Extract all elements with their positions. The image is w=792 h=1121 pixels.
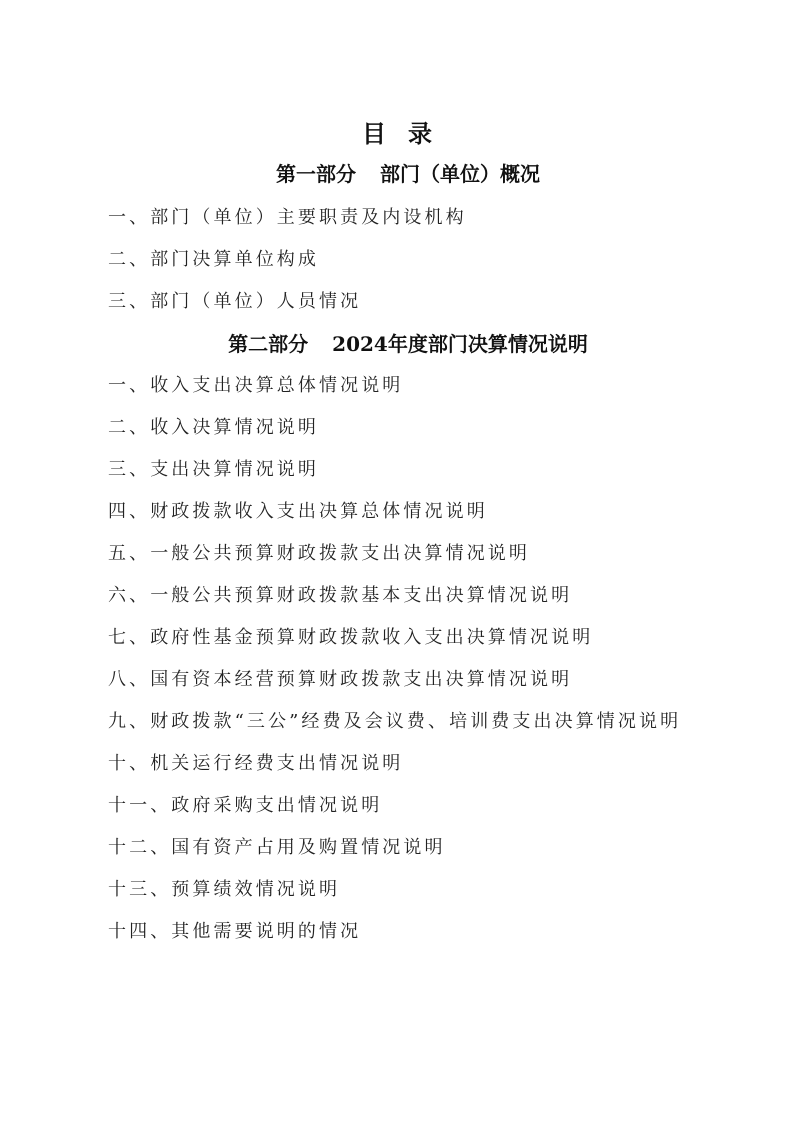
toc-item[interactable]: 十二、国有资产占用及购置情况说明 <box>108 835 446 861</box>
toc-item[interactable]: 十四、其他需要说明的情况 <box>108 919 361 945</box>
part-one-title: 部门（单位）概况 <box>380 162 540 186</box>
toc-item[interactable]: 九、财政拨款“三公”经费及会议费、培训费支出决算情况说明 <box>108 709 681 735</box>
toc-item[interactable]: 二、部门决算单位构成 <box>108 247 319 273</box>
toc-item[interactable]: 十一、政府采购支出情况说明 <box>108 793 382 819</box>
toc-item[interactable]: 三、支出决算情况说明 <box>108 457 319 483</box>
toc-item[interactable]: 二、收入决算情况说明 <box>108 415 319 441</box>
toc-item[interactable]: 三、部门（单位）人员情况 <box>108 289 361 315</box>
toc-item[interactable]: 一、部门（单位）主要职责及内设机构 <box>108 205 467 231</box>
toc-title: 目录 <box>0 118 792 150</box>
toc-item[interactable]: 十、机关运行经费支出情况说明 <box>108 751 403 777</box>
part-two-title: 2024年度部门决算情况说明 <box>332 332 588 356</box>
toc-item[interactable]: 四、财政拨款收入支出决算总体情况说明 <box>108 499 488 525</box>
part-one-heading: 第一部分部门（单位）概况 <box>0 160 792 188</box>
part-two-label: 第二部分 <box>228 332 308 356</box>
part-two-heading: 第二部分2024年度部门决算情况说明 <box>0 330 792 358</box>
toc-item[interactable]: 一、收入支出决算总体情况说明 <box>108 373 403 399</box>
part-one-label: 第一部分 <box>276 162 356 186</box>
document-page: 目录 第一部分部门（单位）概况 一、部门（单位）主要职责及内设机构 二、部门决算… <box>0 0 792 1121</box>
toc-item[interactable]: 八、国有资本经营预算财政拨款支出决算情况说明 <box>108 667 572 693</box>
toc-item[interactable]: 十三、预算绩效情况说明 <box>108 877 340 903</box>
toc-item[interactable]: 六、一般公共预算财政拨款基本支出决算情况说明 <box>108 583 572 609</box>
toc-item[interactable]: 五、一般公共预算财政拨款支出决算情况说明 <box>108 541 530 567</box>
toc-item[interactable]: 七、政府性基金预算财政拨款收入支出决算情况说明 <box>108 625 593 651</box>
